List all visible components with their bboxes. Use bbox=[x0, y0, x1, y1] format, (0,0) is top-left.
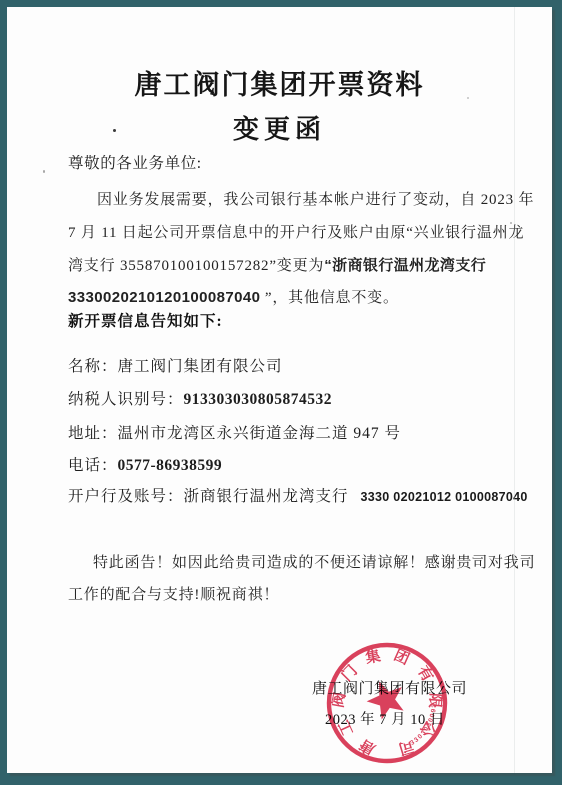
scan-speck bbox=[43, 170, 45, 173]
body-line-2: 7 月 11 日起公司开票信息中的开户行及账户由原“兴业银行温州龙 bbox=[68, 221, 524, 242]
info-tax-value: 913303030805874532 bbox=[184, 391, 333, 408]
body-line-3-normal: 湾支行 355870100100157282”变更为 bbox=[68, 258, 324, 274]
info-bank-account: 3330 02021012 0100087040 bbox=[361, 490, 528, 504]
info-phone-label: 电话： bbox=[68, 457, 118, 474]
info-bank: 开户行及账号：浙商银行温州龙湾支行3330 02021012 010008704… bbox=[68, 484, 528, 506]
info-bank-label: 开户行及账号： bbox=[68, 488, 184, 505]
company-seal-graphic: 唐工阀门集团有限公司 3303030093 bbox=[314, 630, 461, 777]
info-address-label: 地址： bbox=[68, 425, 118, 442]
info-bank-value: 浙商银行温州龙湾支行 bbox=[184, 488, 349, 505]
scan-speck bbox=[472, 557, 474, 559]
document-page: 唐工阀门集团开票资料 变更函 尊敬的各业务单位: 因业务发展需要，我公司银行基本… bbox=[7, 7, 552, 773]
scan-background: 唐工阀门集团开票资料 变更函 尊敬的各业务单位: 因业务发展需要，我公司银行基本… bbox=[0, 0, 562, 785]
scan-speck bbox=[467, 97, 469, 99]
info-address: 地址：温州市龙湾区永兴街道金海二道 947 号 bbox=[68, 421, 401, 443]
seal-star-icon bbox=[361, 674, 410, 722]
old-to-new-bank-bold: “浙商银行温州龙湾支行 bbox=[324, 257, 486, 274]
info-name-value: 唐工阀门集团有限公司 bbox=[118, 358, 283, 375]
company-seal: 唐工阀门集团有限公司 3303030093 bbox=[314, 630, 461, 777]
info-tax-id: 纳税人识别号：913303030805874532 bbox=[68, 387, 332, 409]
document-title: 唐工阀门集团开票资料 bbox=[7, 63, 552, 102]
info-name: 名称：唐工阀门集团有限公司 bbox=[68, 354, 283, 376]
scan-speck bbox=[510, 222, 512, 224]
section-heading: 新开票信息告知如下: bbox=[68, 309, 223, 331]
info-tax-label: 纳税人识别号： bbox=[68, 391, 184, 408]
salutation: 尊敬的各业务单位: bbox=[68, 151, 202, 173]
new-account-number-bold: 3330020210120100087040 bbox=[68, 289, 260, 306]
info-phone: 电话：0577-86938599 bbox=[68, 453, 222, 475]
info-name-label: 名称： bbox=[68, 358, 118, 375]
scan-speck bbox=[103, 297, 105, 299]
body-line-4: 3330020210120100087040 ”，其他信息不变。 bbox=[68, 286, 399, 307]
info-address-value: 温州市龙湾区永兴街道金海二道 947 号 bbox=[118, 425, 402, 442]
document-subtitle: 变更函 bbox=[7, 109, 552, 146]
body-line-3: 湾支行 355870100100157282”变更为“浙商银行温州龙湾支行 bbox=[68, 254, 486, 275]
scan-speck bbox=[113, 129, 116, 132]
scan-fold-line bbox=[514, 7, 515, 773]
body-line-1: 因业务发展需要，我公司银行基本帐户进行了变动，自 2023 年 bbox=[97, 188, 534, 209]
closing-line-2: 工作的配合与支持!顺祝商祺！ bbox=[68, 583, 279, 604]
closing-line-1: 特此函告！如因此给贵司造成的不便还请谅解！感谢贵司对我司 bbox=[93, 551, 535, 572]
body-line-4-normal: ”，其他信息不变。 bbox=[260, 290, 398, 306]
info-phone-value: 0577-86938599 bbox=[118, 457, 223, 474]
